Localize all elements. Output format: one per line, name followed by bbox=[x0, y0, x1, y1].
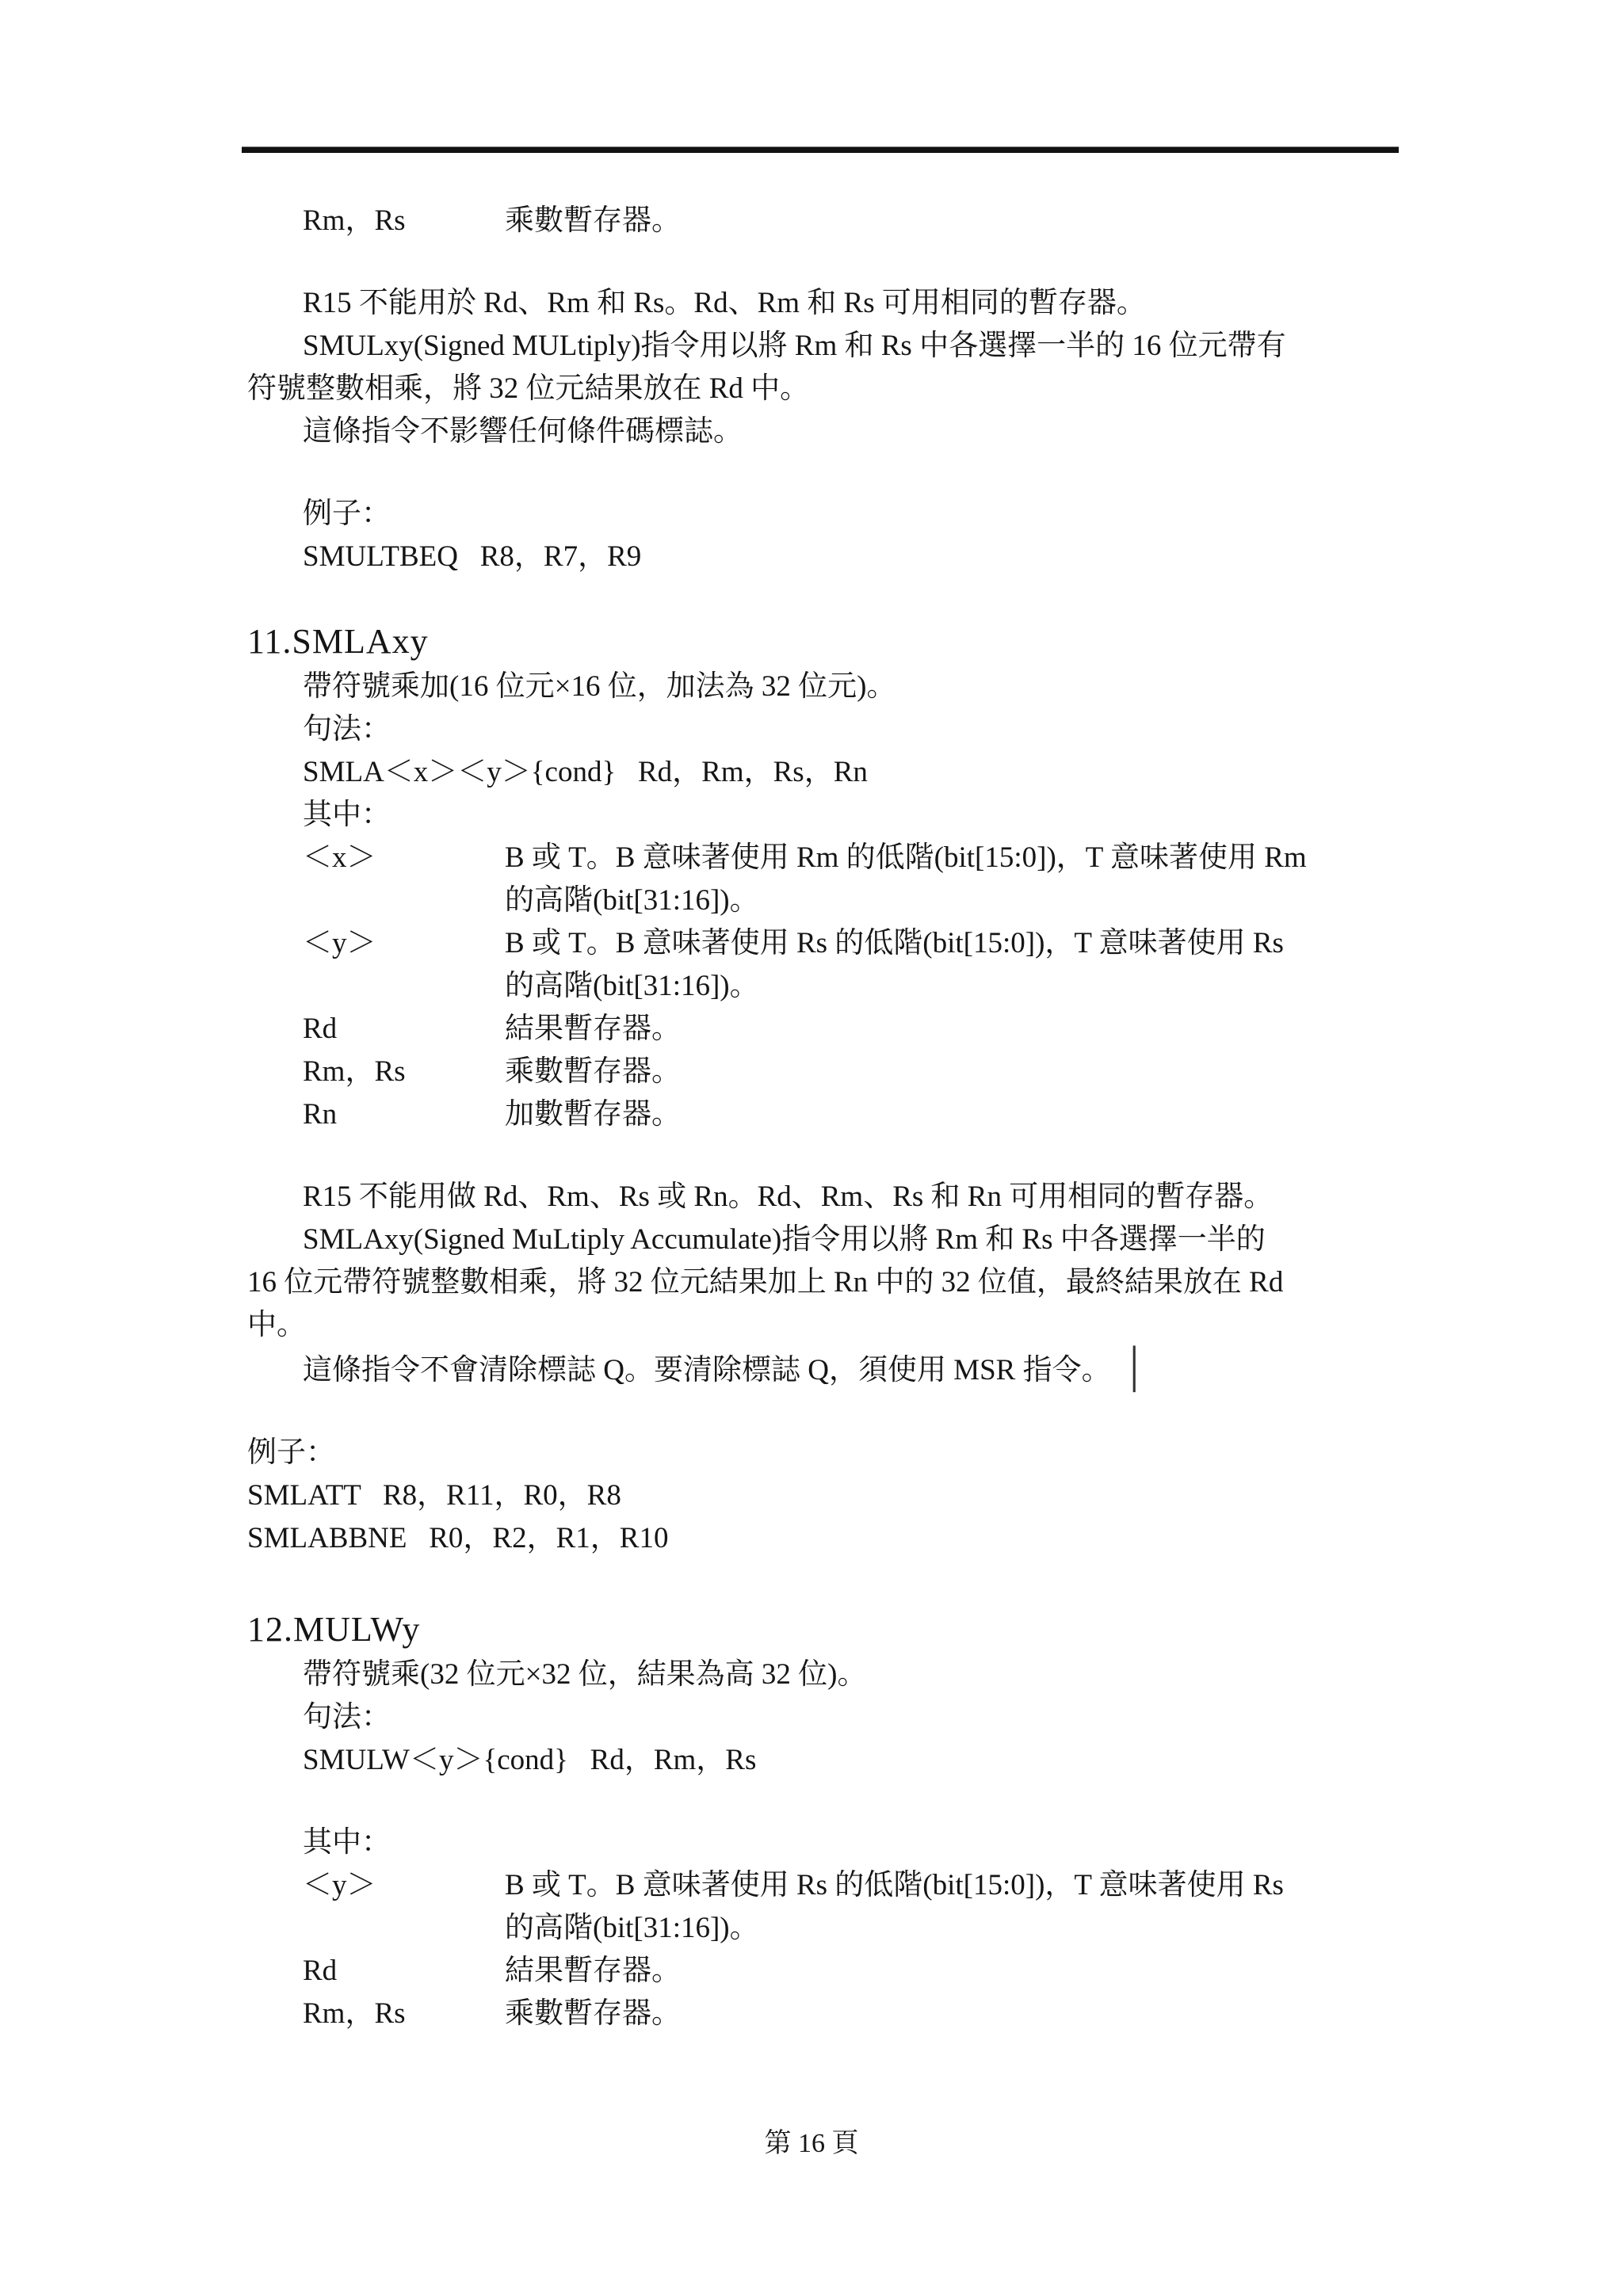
definition-term: Rd bbox=[303, 1008, 505, 1051]
definition-desc-continued: 的高階(bit[31:16])。 bbox=[247, 1907, 1409, 1950]
syntax-code-line: SMLA＜x＞＜y＞{cond} Rd，Rm，Rs，Rn bbox=[247, 751, 1409, 794]
blank-line bbox=[247, 1136, 1409, 1176]
definition-term: ＜x＞ bbox=[303, 837, 505, 879]
definition-row: Rd 結果暫存器。 bbox=[247, 1950, 1409, 1993]
paragraph-line: R15 不能用做 Rd、Rm、Rs 或 Rn。Rd、Rm、Rs 和 Rn 可用相… bbox=[247, 1176, 1409, 1219]
definition-term: Rm，Rs bbox=[303, 1993, 505, 2035]
definition-row: Rm，Rs 乘數暫存器。 bbox=[247, 1993, 1409, 2035]
definition-term: ＜y＞ bbox=[303, 1864, 505, 1907]
definition-row: Rm，Rs 乘數暫存器。 bbox=[247, 200, 1409, 242]
paragraph-line: R15 不能用於 Rd、Rm 和 Rs。Rd、Rm 和 Rs 可用相同的暫存器。 bbox=[247, 282, 1409, 325]
paragraph-line: 16 位元帶符號整數相乘，將 32 位元結果加上 Rn 中的 32 位值，最終結… bbox=[247, 1261, 1409, 1304]
paragraph-line: 符號整數相乘，將 32 位元結果放在 Rd 中。 bbox=[247, 368, 1409, 410]
definition-term: Rn bbox=[303, 1093, 505, 1136]
definition-term: ＜y＞ bbox=[303, 922, 505, 965]
definition-desc: 加數暫存器。 bbox=[505, 1093, 1409, 1136]
paragraph-text: 這條指令不會清除標誌 Q。要清除標誌 Q，須使用 MSR 指令。 bbox=[303, 1354, 1111, 1386]
definition-desc-continued: 的高階(bit[31:16])。 bbox=[247, 965, 1409, 1008]
blank-line bbox=[247, 1392, 1409, 1432]
syntax-label: 句法： bbox=[247, 708, 1409, 751]
definition-row: ＜x＞ B 或 T。B 意味著使用 Rm 的低階(bit[15:0])，T 意味… bbox=[247, 837, 1409, 879]
definition-desc: B 或 T。B 意味著使用 Rm 的低階(bit[15:0])，T 意味著使用 … bbox=[505, 837, 1409, 879]
definition-desc: 乘數暫存器。 bbox=[505, 1051, 1409, 1093]
header-rule bbox=[242, 147, 1399, 153]
blank-line bbox=[247, 578, 1409, 618]
syntax-label: 句法： bbox=[247, 1696, 1409, 1739]
section-description: 帶符號乘(32 位元×32 位，結果為高 32 位)。 bbox=[247, 1653, 1409, 1696]
revision-bar-mark: │ bbox=[1122, 1344, 1147, 1391]
blank-line bbox=[247, 453, 1409, 493]
blank-line bbox=[247, 1782, 1409, 1821]
example-code-line: SMLATT R8，R11，R0，R8 bbox=[247, 1474, 1409, 1517]
where-label: 其中： bbox=[247, 1821, 1409, 1864]
example-label: 例子： bbox=[247, 493, 1409, 536]
paragraph-line: 這條指令不會清除標誌 Q。要清除標誌 Q，須使用 MSR 指令。│ bbox=[247, 1347, 1409, 1392]
example-code-line: SMULTBEQ R8，R7，R9 bbox=[247, 536, 1409, 578]
blank-line bbox=[247, 242, 1409, 282]
section-heading: 12.MULWy bbox=[247, 1606, 1409, 1653]
definition-desc: 結果暫存器。 bbox=[505, 1008, 1409, 1051]
page-content: Rm，Rs 乘數暫存器。 R15 不能用於 Rd、Rm 和 Rs。Rd、Rm 和… bbox=[247, 200, 1409, 2035]
definition-row: Rm，Rs 乘數暫存器。 bbox=[247, 1051, 1409, 1093]
syntax-code-line: SMULW＜y＞{cond} Rd，Rm，Rs bbox=[247, 1739, 1409, 1782]
definition-desc: B 或 T。B 意味著使用 Rs 的低階(bit[15:0])，T 意味著使用 … bbox=[505, 1864, 1409, 1907]
definition-desc: B 或 T。B 意味著使用 Rs 的低階(bit[15:0])，T 意味著使用 … bbox=[505, 922, 1409, 965]
paragraph-line: 這條指令不影響任何條件碼標誌。 bbox=[247, 410, 1409, 453]
blank-line bbox=[247, 1560, 1409, 1606]
document-page: Rm，Rs 乘數暫存器。 R15 不能用於 Rd、Rm 和 Rs。Rd、Rm 和… bbox=[0, 0, 1623, 2296]
definition-row: Rd 結果暫存器。 bbox=[247, 1008, 1409, 1051]
paragraph-line: SMLAxy(Signed MuLtiply Accumulate)指令用以將 … bbox=[247, 1219, 1409, 1261]
definition-desc-continued: 的高階(bit[31:16])。 bbox=[247, 879, 1409, 922]
definition-row: ＜y＞ B 或 T。B 意味著使用 Rs 的低階(bit[15:0])，T 意味… bbox=[247, 1864, 1409, 1907]
definition-row: Rn 加數暫存器。 bbox=[247, 1093, 1409, 1136]
section-heading: 11.SMLAxy bbox=[247, 618, 1409, 666]
section-description: 帶符號乘加(16 位元×16 位，加法為 32 位元)。 bbox=[247, 666, 1409, 708]
definition-row: ＜y＞ B 或 T。B 意味著使用 Rs 的低階(bit[15:0])，T 意味… bbox=[247, 922, 1409, 965]
definition-desc: 結果暫存器。 bbox=[505, 1950, 1409, 1993]
definition-term: Rd bbox=[303, 1950, 505, 1993]
paragraph-line: SMULxy(Signed MULtiply)指令用以將 Rm 和 Rs 中各選… bbox=[247, 325, 1409, 368]
paragraph-line: 中。 bbox=[247, 1304, 1409, 1347]
page-number: 第 16 頁 bbox=[0, 2126, 1623, 2161]
where-label: 其中： bbox=[247, 794, 1409, 837]
definition-desc: 乘數暫存器。 bbox=[505, 1993, 1409, 2035]
example-code-line: SMLABBNE R0，R2，R1，R10 bbox=[247, 1517, 1409, 1560]
definition-term: Rm，Rs bbox=[303, 1051, 505, 1093]
definition-desc: 乘數暫存器。 bbox=[505, 200, 1409, 242]
example-label: 例子： bbox=[247, 1432, 1409, 1474]
definition-term: Rm，Rs bbox=[303, 200, 505, 242]
